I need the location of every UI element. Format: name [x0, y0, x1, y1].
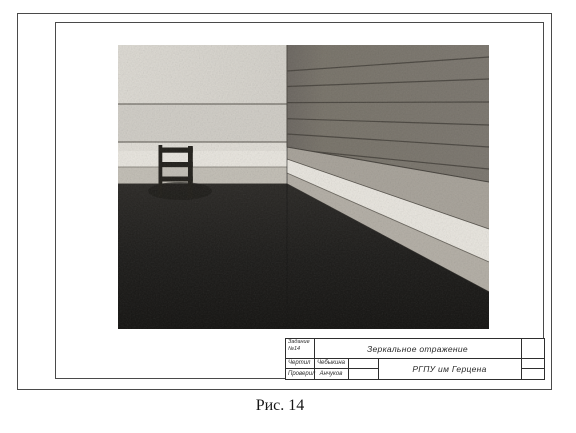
checked-label-cell: Проверил: [286, 368, 316, 379]
grain-overlay-light: [118, 45, 489, 329]
drawing-title-cell: Зеркальное отражение: [314, 339, 521, 358]
task-label-line2: №14: [288, 346, 300, 353]
drew-name-cell: Чебыкина: [314, 358, 348, 368]
titleblock-vline-2: [348, 358, 349, 379]
checked-name-cell: Анчуков: [314, 368, 348, 379]
organization-cell: РГПУ им Герцена: [378, 358, 521, 379]
titleblock-vline-4: [521, 339, 522, 379]
drawing-image: [118, 45, 489, 329]
room-corner-drawing: [118, 45, 489, 329]
drew-label-cell: Чертил: [286, 358, 316, 368]
task-number-cell: Задание №14: [286, 339, 316, 358]
figure-page: Задание №14 Зеркальное отражение Чертил …: [0, 0, 576, 433]
title-block: Задание №14 Зеркальное отражение Чертил …: [285, 338, 545, 380]
figure-caption: Рис. 14: [0, 397, 560, 415]
titleblock-hline-3: [521, 368, 544, 369]
